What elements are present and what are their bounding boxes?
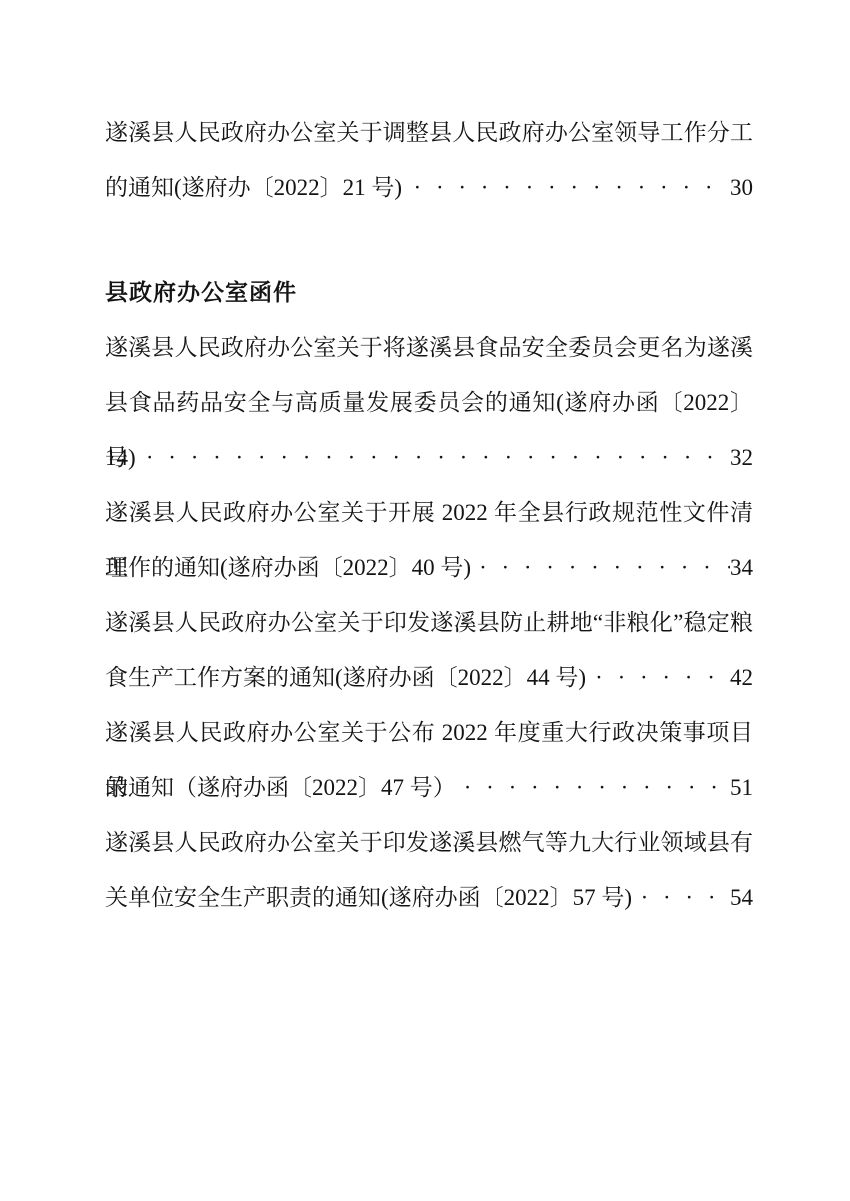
toc-entry: 遂溪县人民政府办公室关于将遂溪县食品安全委员会更名为遂溪 县食品药品安全与高质量… [105,320,753,485]
entry-title-line: 遂溪县人民政府办公室关于印发遂溪县防止耕地“非粮化”稳定粮 [105,595,753,650]
leader-line: 工作的通知(遂府办函〔2022〕40 号) · · · · · · · · · … [105,540,753,595]
entry-title-line: 遂溪县人民政府办公室关于印发遂溪县燃气等九大行业领域县有 [105,815,753,870]
page-number: 30 [730,160,753,215]
page-number: 51 [730,760,753,815]
page-number: 42 [730,650,753,705]
leader-line: 关单位安全生产职责的通知(遂府办函〔2022〕57 号) · · · · 54 [105,870,753,925]
entry-title-line: 遂溪县人民政府办公室关于将遂溪县食品安全委员会更名为遂溪 [105,320,753,375]
entry-title-line: 遂溪县人民政府办公室关于调整县人民政府办公室领导工作分工 [105,105,753,160]
leader-line: 的通知（遂府办函〔2022〕47 号） · · · · · · · · · · … [105,760,753,815]
entry-title-line: 遂溪县人民政府办公室关于公布 2022 年度重大行政决策事项目录 [105,705,753,760]
toc-entry: 遂溪县人民政府办公室关于调整县人民政府办公室领导工作分工 的通知(遂府办〔202… [105,105,753,215]
dot-leader: · · · · [632,870,730,925]
dot-leader: · · · · · · · · · · · · [471,540,730,595]
toc-entry: 遂溪县人民政府办公室关于开展 2022 年全县行政规范性文件清理 工作的通知(遂… [105,485,753,595]
leader-line: 号) · · · · · · · · · · · · · · · · · · ·… [105,430,753,485]
toc-entry: 遂溪县人民政府办公室关于印发遂溪县燃气等九大行业领域县有 关单位安全生产职责的通… [105,815,753,925]
dot-leader: · · · · · · · · · · · · · · · · · · · · … [136,430,730,485]
entry-title-line: 县食品药品安全与高质量发展委员会的通知(遂府办函〔2022〕14 [105,375,753,430]
page-number: 34 [730,540,753,595]
entry-title-line: 号) [105,430,136,485]
leader-line: 食生产工作方案的通知(遂府办函〔2022〕44 号) · · · · · · 4… [105,650,753,705]
dot-leader: · · · · · · · · · · · · · · [402,160,730,215]
document-page: 遂溪县人民政府办公室关于调整县人民政府办公室领导工作分工 的通知(遂府办〔202… [0,0,850,1201]
entry-title-line: 关单位安全生产职责的通知(遂府办函〔2022〕57 号) [105,870,632,925]
leader-line: 的通知(遂府办〔2022〕21 号) · · · · · · · · · · ·… [105,160,753,215]
toc-entry: 遂溪县人民政府办公室关于印发遂溪县防止耕地“非粮化”稳定粮 食生产工作方案的通知… [105,595,753,705]
entry-title-line: 食生产工作方案的通知(遂府办函〔2022〕44 号) [105,650,586,705]
entry-title-line: 遂溪县人民政府办公室关于开展 2022 年全县行政规范性文件清理 [105,485,753,540]
entry-title-line: 的通知(遂府办〔2022〕21 号) [105,160,402,215]
page-number: 54 [730,870,753,925]
entry-title-line: 的通知（遂府办函〔2022〕47 号） [105,760,456,815]
entry-title-line: 工作的通知(遂府办函〔2022〕40 号) [105,540,471,595]
section-heading: 县政府办公室函件 [105,265,753,320]
page-number: 32 [730,430,753,485]
toc-entry: 遂溪县人民政府办公室关于公布 2022 年度重大行政决策事项目录 的通知（遂府办… [105,705,753,815]
dot-leader: · · · · · · · · · · · · [456,760,730,815]
dot-leader: · · · · · · [586,650,730,705]
